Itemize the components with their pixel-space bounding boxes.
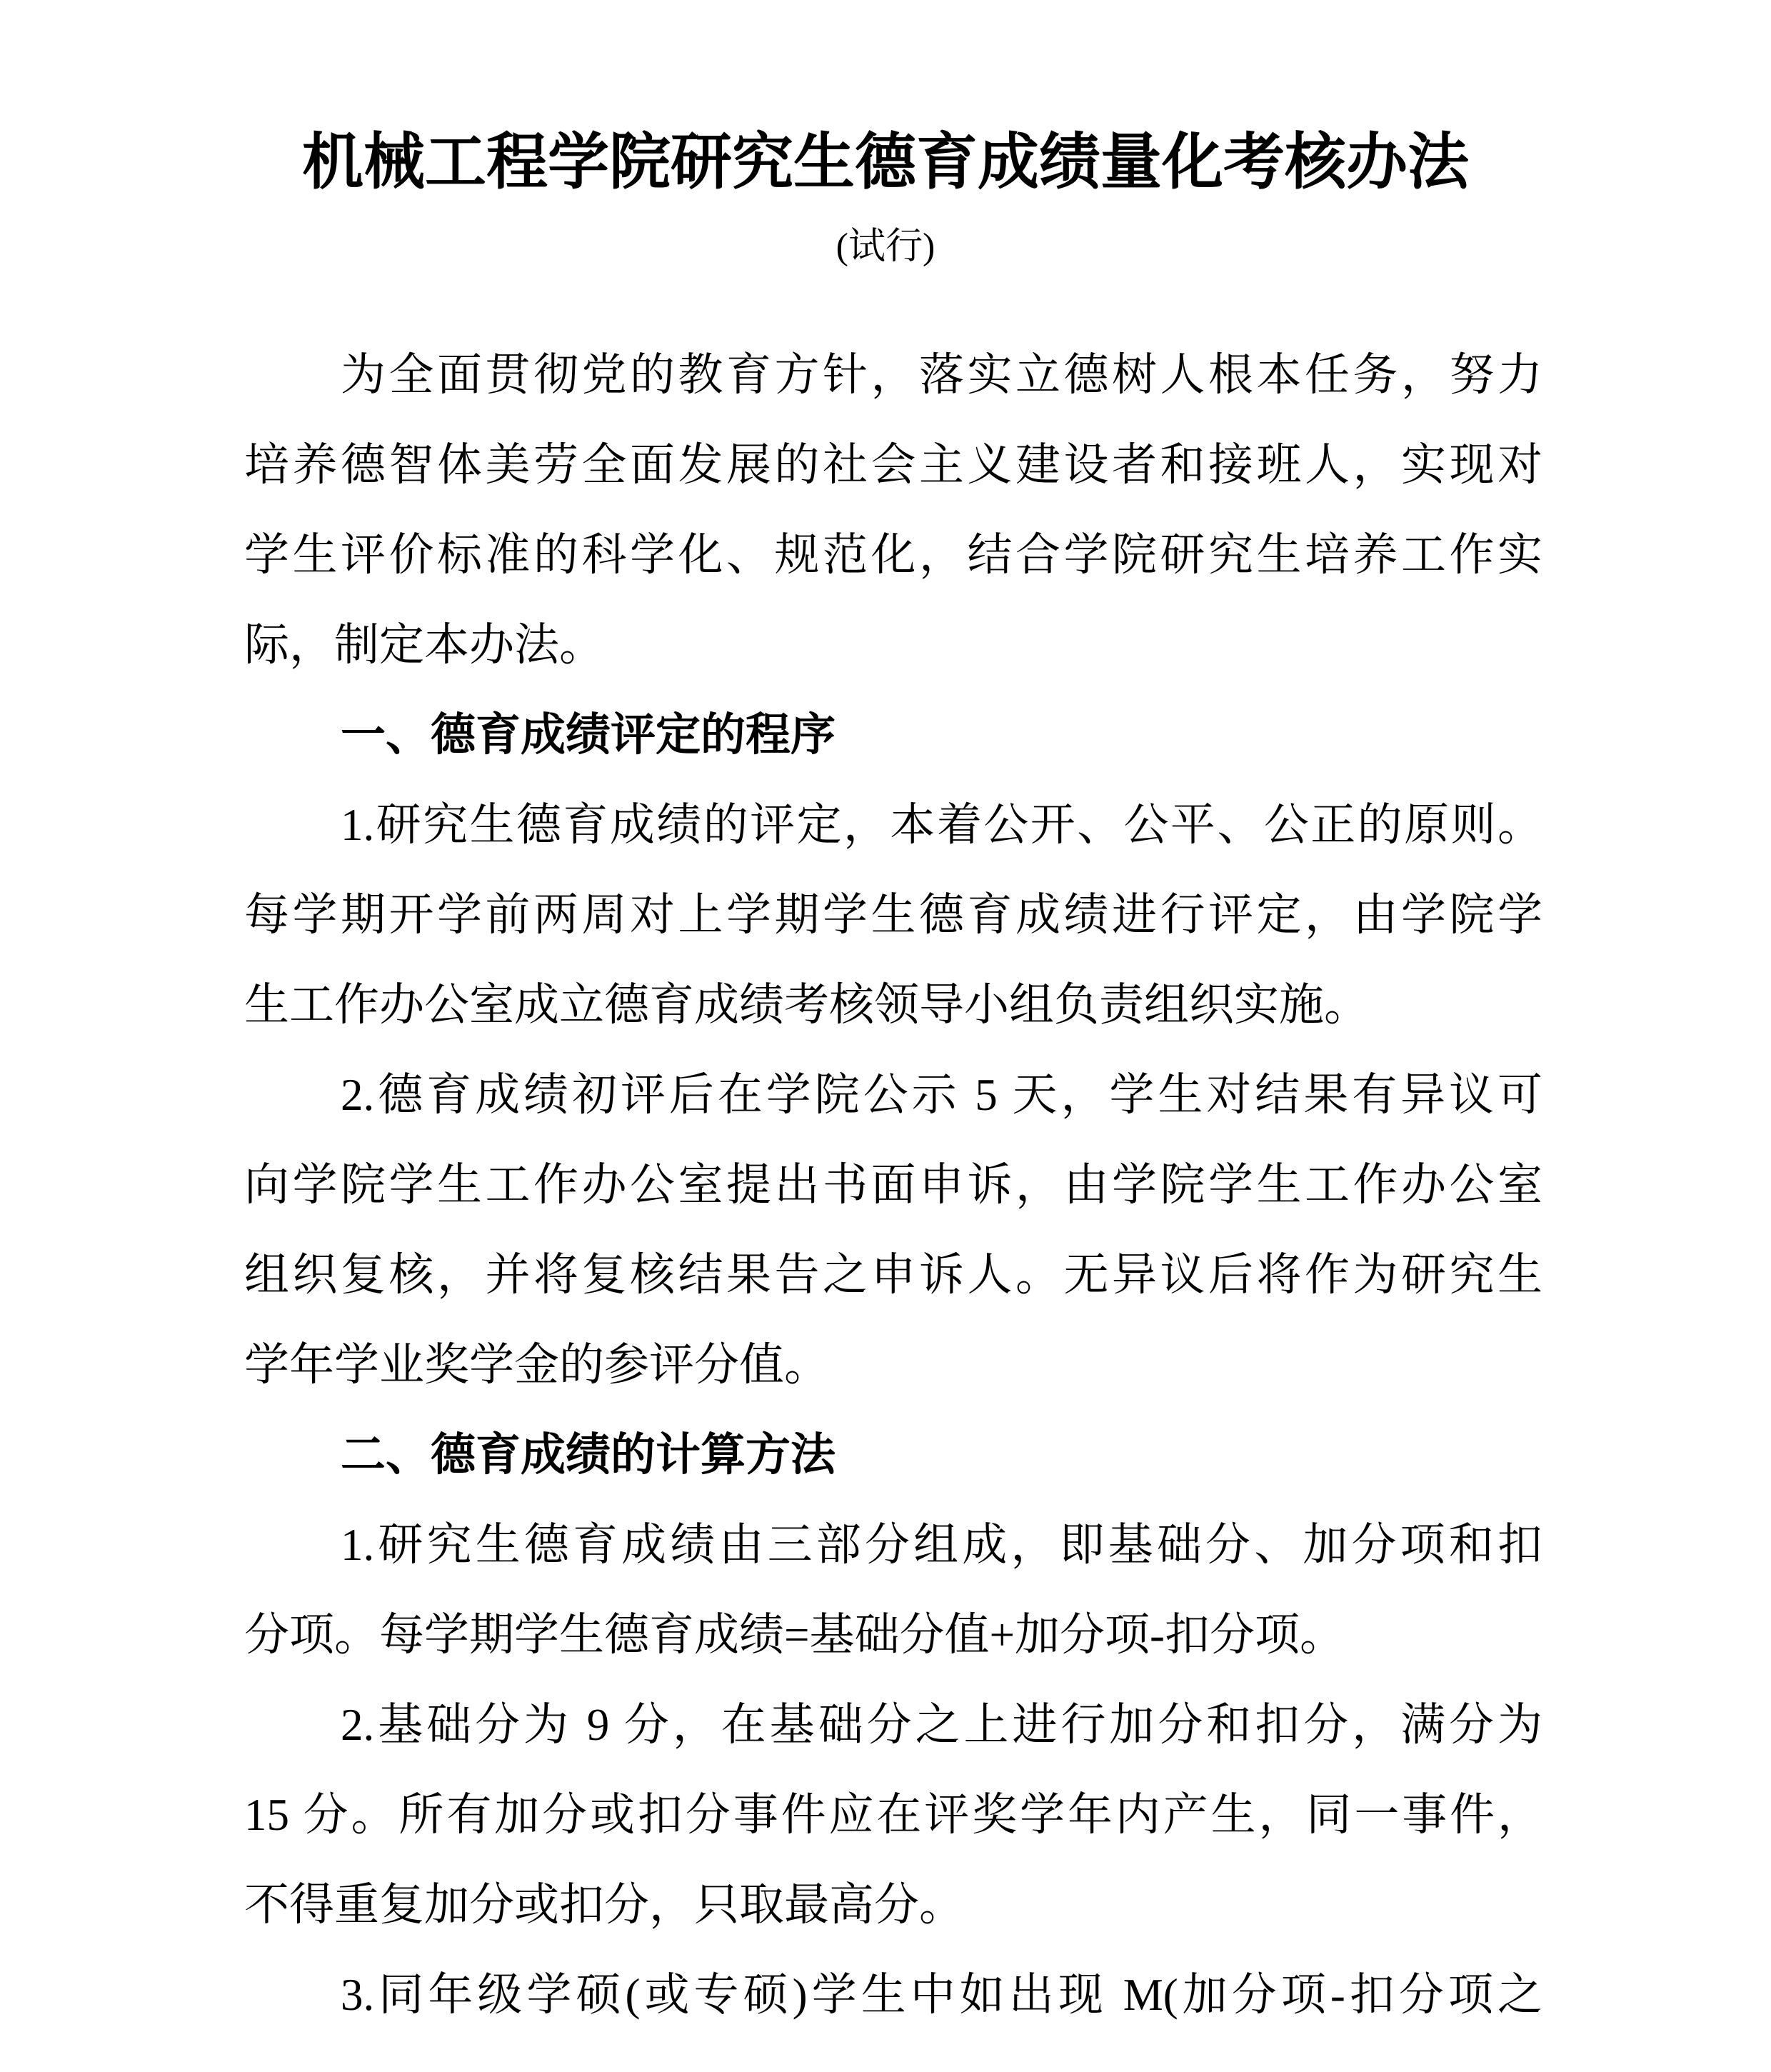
section-heading-text: 一、德育成绩评定的程序 <box>244 690 1542 780</box>
text-line: 每学期开学前两周对上学期学生德育成绩进行评定，由学院学 <box>244 870 1542 960</box>
text-line: 际，制定本办法。 <box>244 600 1542 690</box>
body-paragraph: 1.研究生德育成绩的评定，本着公开、公平、公正的原则。每学期开学前两周对上学期学… <box>244 780 1542 1050</box>
text-line: 2.基础分为 9 分，在基础分之上进行加分和扣分，满分为 <box>244 1680 1542 1770</box>
text-line: 培养德智体美劳全面发展的社会主义建设者和接班人，实现对 <box>244 420 1542 510</box>
document-subtitle: (试行) <box>0 226 1771 267</box>
body-paragraph: 1.研究生德育成绩由三部分组成，即基础分、加分项和扣分项。每学期学生德育成绩=基… <box>244 1500 1542 1680</box>
body-paragraph: 2.德育成绩初评后在学院公示 5 天，学生对结果有异议可向学院学生工作办公室提出… <box>244 1050 1542 1410</box>
document-title: 机械工程学院研究生德育成绩量化考核办法 <box>0 0 1771 198</box>
text-line: 不得重复加分或扣分，只取最高分。 <box>244 1860 1542 1950</box>
text-line: 3.同年级学硕(或专硕)学生中如出现 M(加分项-扣分项之 <box>244 1950 1542 2040</box>
section-heading: 二、德育成绩的计算方法 <box>244 1410 1542 1500</box>
text-line: 组织复核，并将复核结果告之申诉人。无异议后将作为研究生 <box>244 1230 1542 1320</box>
body-paragraph: 为全面贯彻党的教育方针，落实立德树人根本任务，努力培养德智体美劳全面发展的社会主… <box>244 330 1542 690</box>
document-page: 机械工程学院研究生德育成绩量化考核办法 (试行) 为全面贯彻党的教育方针，落实立… <box>0 0 1771 2072</box>
section-heading-text: 二、德育成绩的计算方法 <box>244 1410 1542 1500</box>
text-line: 1.研究生德育成绩由三部分组成，即基础分、加分项和扣 <box>244 1500 1542 1590</box>
text-line: 分项。每学期学生德育成绩=基础分值+加分项-扣分项。 <box>244 1590 1542 1680</box>
text-line: 生工作办公室成立德育成绩考核领导小组负责组织实施。 <box>244 960 1542 1050</box>
body-paragraph: 3.同年级学硕(或专硕)学生中如出现 M(加分项-扣分项之 <box>244 1950 1542 2040</box>
text-line: 学生评价标准的科学化、规范化，结合学院研究生培养工作实 <box>244 510 1542 600</box>
text-line: 向学院学生工作办公室提出书面申诉，由学院学生工作办公室 <box>244 1140 1542 1230</box>
text-line: 2.德育成绩初评后在学院公示 5 天，学生对结果有异议可 <box>244 1050 1542 1140</box>
text-line: 1.研究生德育成绩的评定，本着公开、公平、公正的原则。 <box>244 780 1542 870</box>
document-body: 为全面贯彻党的教育方针，落实立德树人根本任务，努力培养德智体美劳全面发展的社会主… <box>244 330 1542 2040</box>
text-line: 为全面贯彻党的教育方针，落实立德树人根本任务，努力 <box>244 330 1542 420</box>
text-line: 学年学业奖学金的参评分值。 <box>244 1320 1542 1410</box>
text-line: 15 分。所有加分或扣分事件应在评奖学年内产生，同一事件， <box>244 1770 1542 1860</box>
section-heading: 一、德育成绩评定的程序 <box>244 690 1542 780</box>
body-paragraph: 2.基础分为 9 分，在基础分之上进行加分和扣分，满分为15 分。所有加分或扣分… <box>244 1680 1542 1950</box>
